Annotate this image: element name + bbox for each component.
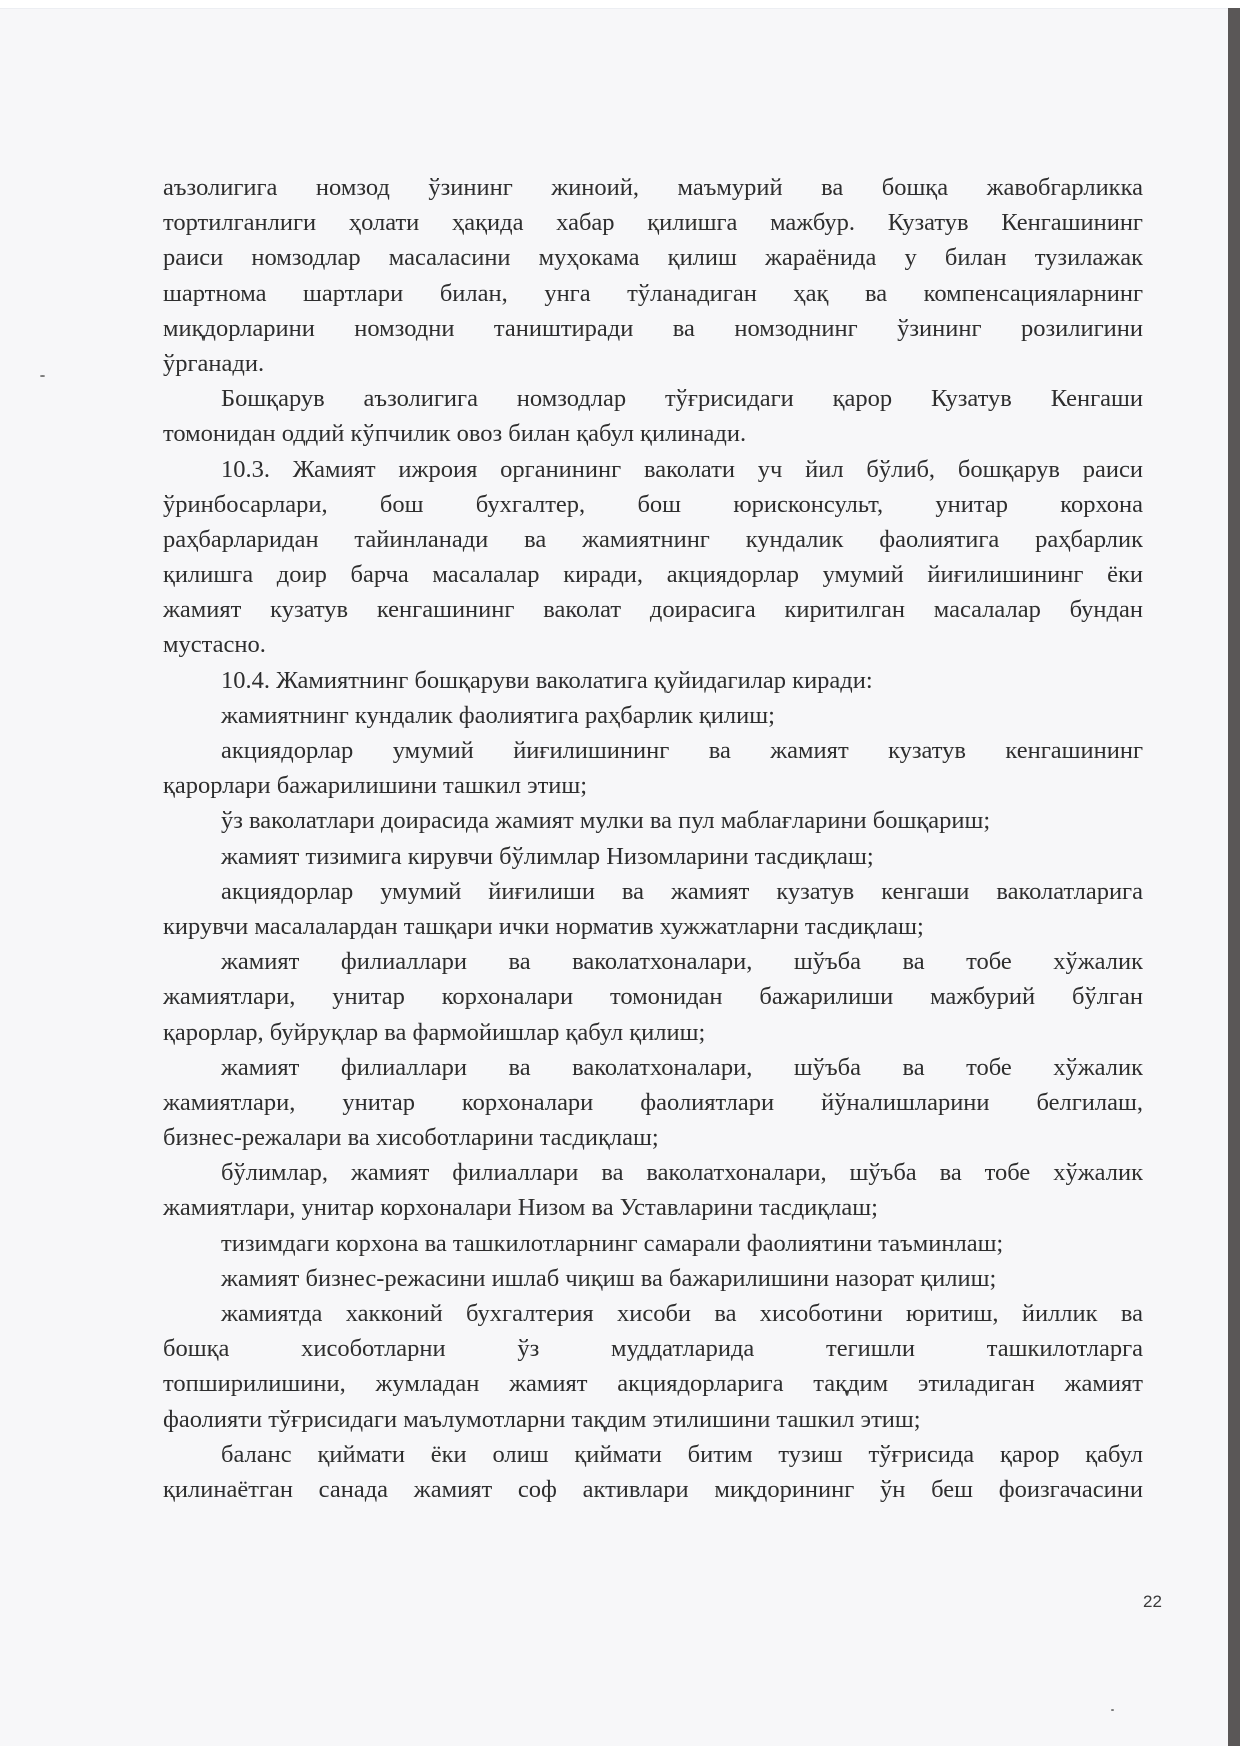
text-line: бизнес-режалари ва хисоботларини тасдиқл…	[163, 1120, 1143, 1155]
text-line: баланс қиймати ёки олиш қиймати битим ту…	[163, 1437, 1143, 1472]
text-line: шартнома шартлари билан, унга тўланадига…	[163, 276, 1143, 311]
body-text: аъзолигига номзод ўзининг жиноий, маъмур…	[163, 170, 1143, 1507]
text-line: топширилишини, жумладан жамият акциядорл…	[163, 1366, 1143, 1401]
scanner-edge-shadow	[1228, 8, 1240, 1746]
text-line: жамиятда хакконий бухгалтерия хисоби ва …	[163, 1296, 1143, 1331]
page-number: 22	[1143, 1592, 1162, 1612]
text-line: 10.4. Жамиятнинг бошқаруви ваколатига қу…	[163, 663, 1143, 698]
scan-speck	[1111, 1709, 1114, 1711]
text-line: аъзолигига номзод ўзининг жиноий, маъмур…	[163, 170, 1143, 205]
text-line: бўлимлар, жамият филиаллари ва ваколатхо…	[163, 1155, 1143, 1190]
text-line: акциядорлар умумий йиғилишининг ва жамия…	[163, 733, 1143, 768]
text-line: ўринбосарлари, бош бухгалтер, бош юриско…	[163, 487, 1143, 522]
text-line: томонидан оддий кўпчилик овоз билан қабу…	[163, 416, 1143, 451]
text-line: миқдорларини номзодни таништиради ва ном…	[163, 311, 1143, 346]
scanner-bottom-margin	[0, 1746, 1240, 1754]
text-line: жамият тизимига кирувчи бўлимлар Низомла…	[163, 839, 1143, 874]
text-line: раиси номзодлар масаласини муҳокама қили…	[163, 240, 1143, 275]
text-line: фаолияти тўғрисидаги маълумотларни тақди…	[163, 1402, 1143, 1437]
text-line: ўрганади.	[163, 346, 1143, 381]
text-line: қарорлари бажарилишини ташкил этиш;	[163, 768, 1143, 803]
text-line: Бошқарув аъзолигига номзодлар тўғрисидаг…	[163, 381, 1143, 416]
text-line: жамиятлари, унитар корхоналари Низом ва …	[163, 1190, 1143, 1225]
text-line: қилинаётган санада жамият соф активлари …	[163, 1472, 1143, 1507]
text-line: 10.3. Жамият ижроия органининг ваколати …	[163, 452, 1143, 487]
text-line: раҳбарларидан тайинланади ва жамиятнинг …	[163, 522, 1143, 557]
text-line: мустасно.	[163, 627, 1143, 662]
text-line: жамиятлари, унитар корхоналари фаолиятла…	[163, 1085, 1143, 1120]
text-line: тортилганлиги ҳолати ҳақида хабар қилишг…	[163, 205, 1143, 240]
text-line: акциядорлар умумий йиғилиши ва жамият ку…	[163, 874, 1143, 909]
text-line: қилишга доир барча масалалар киради, акц…	[163, 557, 1143, 592]
text-line: жамият филиаллари ва ваколатхоналари, шў…	[163, 944, 1143, 979]
text-line: жамият филиаллари ва ваколатхоналари, шў…	[163, 1050, 1143, 1085]
text-line: қарорлар, буйруқлар ва фармойишлар қабул…	[163, 1015, 1143, 1050]
text-line: бошқа хисоботларни ўз муддатларида тегиш…	[163, 1331, 1143, 1366]
text-line: тизимдаги корхона ва ташкилотларнинг сам…	[163, 1226, 1143, 1261]
text-line: кирувчи масалалардан ташқари ички нормат…	[163, 909, 1143, 944]
text-line: ўз ваколатлари доирасида жамият мулки ва…	[163, 803, 1143, 838]
text-line: жамиятлари, унитар корхоналари томонидан…	[163, 979, 1143, 1014]
text-line: жамият кузатув кенгашининг ваколат доира…	[163, 592, 1143, 627]
scan-speck	[40, 375, 45, 377]
text-line: жамият бизнес-режасини ишлаб чиқиш ва ба…	[163, 1261, 1143, 1296]
text-line: жамиятнинг кундалик фаолиятига раҳбарлик…	[163, 698, 1143, 733]
